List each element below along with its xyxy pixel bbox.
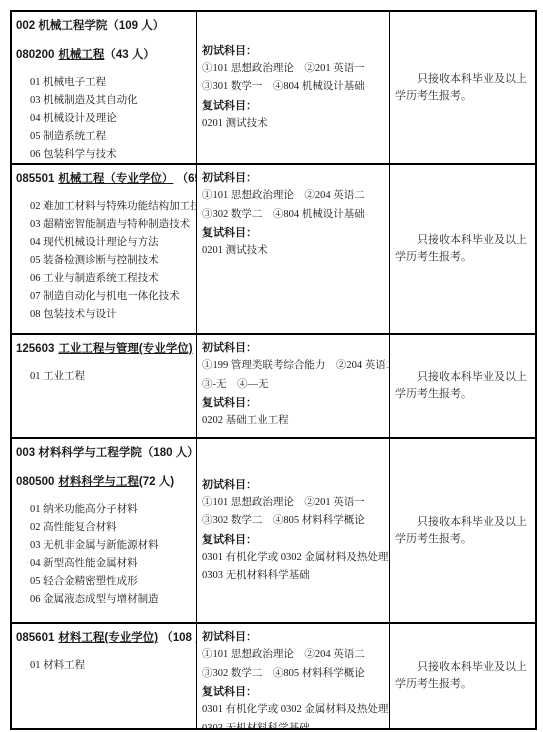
direction-item: 03 无机非金属与新能源材料 <box>30 537 193 555</box>
direction-item: 06 包装科学与技术 <box>30 146 193 164</box>
direction-item: 04 机械设计及理论 <box>30 110 193 128</box>
direction-item: 04 现代机械设计理论与方法 <box>30 234 193 252</box>
direction-item: 04 新型高性能金属材料 <box>30 555 193 573</box>
exam-subjects-cell: 初试科目： ①101 思想政治理论 ②204 英语二 ③302 数学二 ④804… <box>197 165 390 335</box>
research-directions: 01 纳米功能高分子材料 02 高性能复合材料 03 无机非金属与新能源材料 0… <box>30 501 193 609</box>
direction-item: 07 制造自动化与机电一体化技术 <box>30 288 193 306</box>
major-code: 125603 <box>16 343 54 355</box>
major-code: 085601 <box>16 632 54 644</box>
eligibility-note: 只接收本科毕业及以上学历考生报考。 <box>395 369 532 403</box>
retest-exam-label: 复试科目： <box>202 224 385 242</box>
research-directions: 01 工业工程 <box>30 368 193 386</box>
retest-exam-line: 0201 测试技术 <box>202 115 385 134</box>
major-name: 机械工程（专业学位） <box>58 173 173 185</box>
direction-item: 05 装备检测诊断与控制技术 <box>30 252 193 270</box>
program-cell: 085601材料工程(专业学位) （108 人） 01 材料工程 <box>12 624 197 728</box>
direction-item: 03 机械制造及其自动化 <box>30 92 193 110</box>
major-header: 080200机械工程（43 人） <box>16 47 193 63</box>
retest-exam-line: 0202 基础工业工程 <box>202 412 385 431</box>
exam-subjects-cell: 初试科目： ①101 思想政治理论 ②201 英语一 ③302 数学二 ④805… <box>197 439 390 624</box>
exam-subjects-cell: 初试科目： ①101 思想政治理论 ②204 英语二 ③302 数学二 ④805… <box>197 624 390 728</box>
major-header: 085601材料工程(专业学位) （108 人） <box>16 630 193 646</box>
major-header: 080500材料科学与工程(72 人) <box>16 474 193 490</box>
retest-exam-label: 复试科目： <box>202 97 385 115</box>
retest-exam-label: 复试科目： <box>202 531 385 549</box>
program-cell: 085501机械工程（专业学位） （65 人） 02 难加工材料与特殊功能结构加… <box>12 165 197 335</box>
major-code: 085501 <box>16 173 54 185</box>
initial-exam-line: ①101 思想政治理论 ②204 英语二 <box>202 187 385 206</box>
direction-item: 05 制造系统工程 <box>30 128 193 146</box>
direction-item: 01 工业工程 <box>30 368 193 386</box>
initial-exam-line: ③302 数学二 ④805 材料科学概论 <box>202 512 385 531</box>
major-name: 工业工程与管理(专业学位) <box>58 343 192 355</box>
initial-exam-line: ③302 数学二 ④804 机械设计基础 <box>202 206 385 225</box>
exam-subjects-cell: 初试科目： ①199 管理类联考综合能力 ②204 英语二 ③-无 ④—无 复试… <box>197 335 390 439</box>
direction-item: 06 工业与制造系统工程技术 <box>30 270 193 288</box>
major-count: （43 人） <box>104 49 155 61</box>
eligibility-cell: 只接收本科毕业及以上学历考生报考。 <box>390 335 535 439</box>
direction-item: 06 金属液态成型与增材制造 <box>30 591 193 609</box>
initial-exam-line: ③-无 ④—无 <box>202 376 385 395</box>
initial-exam-line: ①101 思想政治理论 ②204 英语二 <box>202 646 385 665</box>
major-name: 材料科学与工程 <box>58 476 139 488</box>
eligibility-note: 只接收本科毕业及以上学历考生报考。 <box>395 71 532 105</box>
retest-exam-label: 复试科目： <box>202 683 385 701</box>
initial-exam-line: ③302 数学二 ④805 材料科学概论 <box>202 665 385 684</box>
major-header: 085501机械工程（专业学位） （65 人） <box>16 171 193 187</box>
direction-item: 01 纳米功能高分子材料 <box>30 501 193 519</box>
initial-exam-line: ①199 管理类联考综合能力 ②204 英语二 <box>202 357 385 376</box>
retest-exam-label: 复试科目： <box>202 394 385 412</box>
program-cell: 003 材料科学与工程学院（180 人） 080500材料科学与工程(72 人)… <box>12 439 197 624</box>
initial-exam-line: ①101 思想政治理论 ②201 英语一 <box>202 494 385 513</box>
eligibility-note: 只接收本科毕业及以上学历考生报考。 <box>395 659 532 693</box>
research-directions: 01 材料工程 <box>30 657 193 675</box>
admissions-table: 002 机械工程学院（109 人） 080200机械工程（43 人） 01 机械… <box>10 10 537 730</box>
program-cell: 125603工业工程与管理(专业学位)（1 人） 01 工业工程 <box>12 335 197 439</box>
initial-exam-line: ①101 思想政治理论 ②201 英语一 <box>202 60 385 79</box>
major-count: (72 人) <box>139 476 174 488</box>
college-header: 003 材料科学与工程学院（180 人） <box>16 445 193 461</box>
direction-item: 08 包装技术与设计 <box>30 306 193 324</box>
major-header: 125603工业工程与管理(专业学位)（1 人） <box>16 341 193 357</box>
major-count: （65 人） <box>173 173 197 185</box>
major-code: 080500 <box>16 476 54 488</box>
research-directions: 02 难加工材料与特殊功能结构加工技术 03 超精密智能制造与特种制造技术 04… <box>30 198 193 324</box>
direction-item: 03 超精密智能制造与特种制造技术 <box>30 216 193 234</box>
initial-exam-label: 初试科目： <box>202 42 385 60</box>
direction-item: 01 机械电子工程 <box>30 74 193 92</box>
initial-exam-line: ③301 数学一 ④804 机械设计基础 <box>202 78 385 97</box>
major-name: 机械工程 <box>58 49 104 61</box>
direction-item: 02 高性能复合材料 <box>30 519 193 537</box>
eligibility-cell: 只接收本科毕业及以上学历考生报考。 <box>390 12 535 165</box>
eligibility-cell: 只接收本科毕业及以上学历考生报考。 <box>390 624 535 728</box>
direction-item: 05 轻合金精密塑性成形 <box>30 573 193 591</box>
major-name: 材料工程(专业学位) <box>58 632 158 644</box>
direction-item: 01 材料工程 <box>30 657 193 675</box>
eligibility-note: 只接收本科毕业及以上学历考生报考。 <box>395 232 532 266</box>
major-code: 080200 <box>16 49 54 61</box>
initial-exam-label: 初试科目： <box>202 339 385 357</box>
retest-exam-line: 0301 有机化学或 0302 金属材料及热处理或 <box>202 701 385 720</box>
program-cell: 002 机械工程学院（109 人） 080200机械工程（43 人） 01 机械… <box>12 12 197 165</box>
major-count: （108 人） <box>158 632 197 644</box>
retest-exam-line: 0201 测试技术 <box>202 242 385 261</box>
retest-exam-line: 0303 无机材料科学基础 <box>202 720 385 729</box>
eligibility-cell: 只接收本科毕业及以上学历考生报考。 <box>390 165 535 335</box>
initial-exam-label: 初试科目： <box>202 476 385 494</box>
initial-exam-label: 初试科目： <box>202 628 385 646</box>
college-header: 002 机械工程学院（109 人） <box>16 18 193 34</box>
eligibility-note: 只接收本科毕业及以上学历考生报考。 <box>395 514 532 548</box>
eligibility-cell: 只接收本科毕业及以上学历考生报考。 <box>390 439 535 624</box>
direction-item: 02 难加工材料与特殊功能结构加工技术 <box>30 198 193 216</box>
research-directions: 01 机械电子工程 03 机械制造及其自动化 04 机械设计及理论 05 制造系… <box>30 74 193 164</box>
retest-exam-line: 0301 有机化学或 0302 金属材料及热处理或 <box>202 549 385 568</box>
initial-exam-label: 初试科目： <box>202 169 385 187</box>
exam-subjects-cell: 初试科目： ①101 思想政治理论 ②201 英语一 ③301 数学一 ④804… <box>197 12 390 165</box>
retest-exam-line: 0303 无机材料科学基础 <box>202 567 385 586</box>
